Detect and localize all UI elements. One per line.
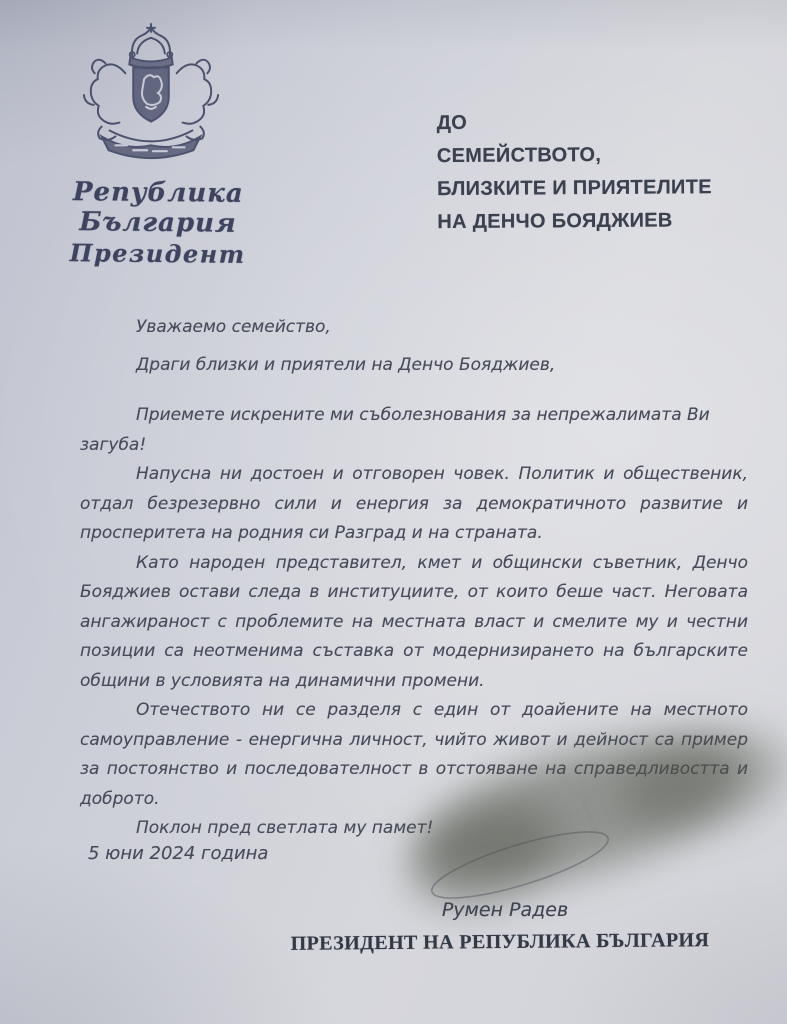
signature-title: ПРЕЗИДЕНТ НА РЕПУБЛИКА БЪЛГАРИЯ bbox=[250, 929, 750, 956]
recipient-line-to: ДО bbox=[437, 105, 757, 140]
paragraph-tribute: Напусна ни достоен и отговорен човек. По… bbox=[80, 460, 748, 549]
paragraphs: Приемете искрените ми съболезнования за … bbox=[80, 401, 748, 844]
salutation-line-2: Драги близки и приятели на Денчо Бояджие… bbox=[80, 346, 748, 384]
recipient-line-name: НА ДЕНЧО БОЯДЖИЕВ bbox=[437, 204, 757, 239]
date-line: 5 юни 2024 година bbox=[88, 843, 268, 864]
paragraph-condolences: Приемете искрените ми съболезнования за … bbox=[80, 401, 748, 460]
salutation-line-1: Уважаемо семейство, bbox=[80, 308, 748, 346]
closing-line: Поклон пред светлата му памет! bbox=[80, 814, 748, 844]
letterhead-script: Република България Президент bbox=[18, 177, 299, 272]
paragraph-career: Като народен представител, кмет и общинс… bbox=[80, 549, 748, 697]
recipient-line-family: СЕМЕЙСТВОТО, bbox=[437, 138, 757, 173]
photographed-letter-page: { "letterhead": { "emblem_name": "bulgar… bbox=[0, 0, 787, 1024]
signature-stroke bbox=[415, 815, 625, 910]
letterhead-republic-line: Република България bbox=[18, 177, 299, 240]
recipient-line-relatives: БЛИЗКИТЕ И ПРИЯТЕЛИТЕ bbox=[437, 171, 757, 206]
letterhead-president-line: Президент bbox=[18, 237, 298, 272]
paragraph-legacy: Отечеството ни се разделя с един от доай… bbox=[80, 696, 748, 814]
signature-name: Румен Радев bbox=[340, 899, 670, 921]
salutation: Уважаемо семейство, Драги близки и прият… bbox=[80, 308, 748, 384]
bulgaria-coat-of-arms-icon bbox=[72, 20, 230, 168]
recipient-block: ДО СЕМЕЙСТВОТО, БЛИЗКИТЕ И ПРИЯТЕЛИТЕ НА… bbox=[437, 105, 758, 239]
letter-body: Уважаемо семейство, Драги близки и прият… bbox=[80, 308, 748, 844]
